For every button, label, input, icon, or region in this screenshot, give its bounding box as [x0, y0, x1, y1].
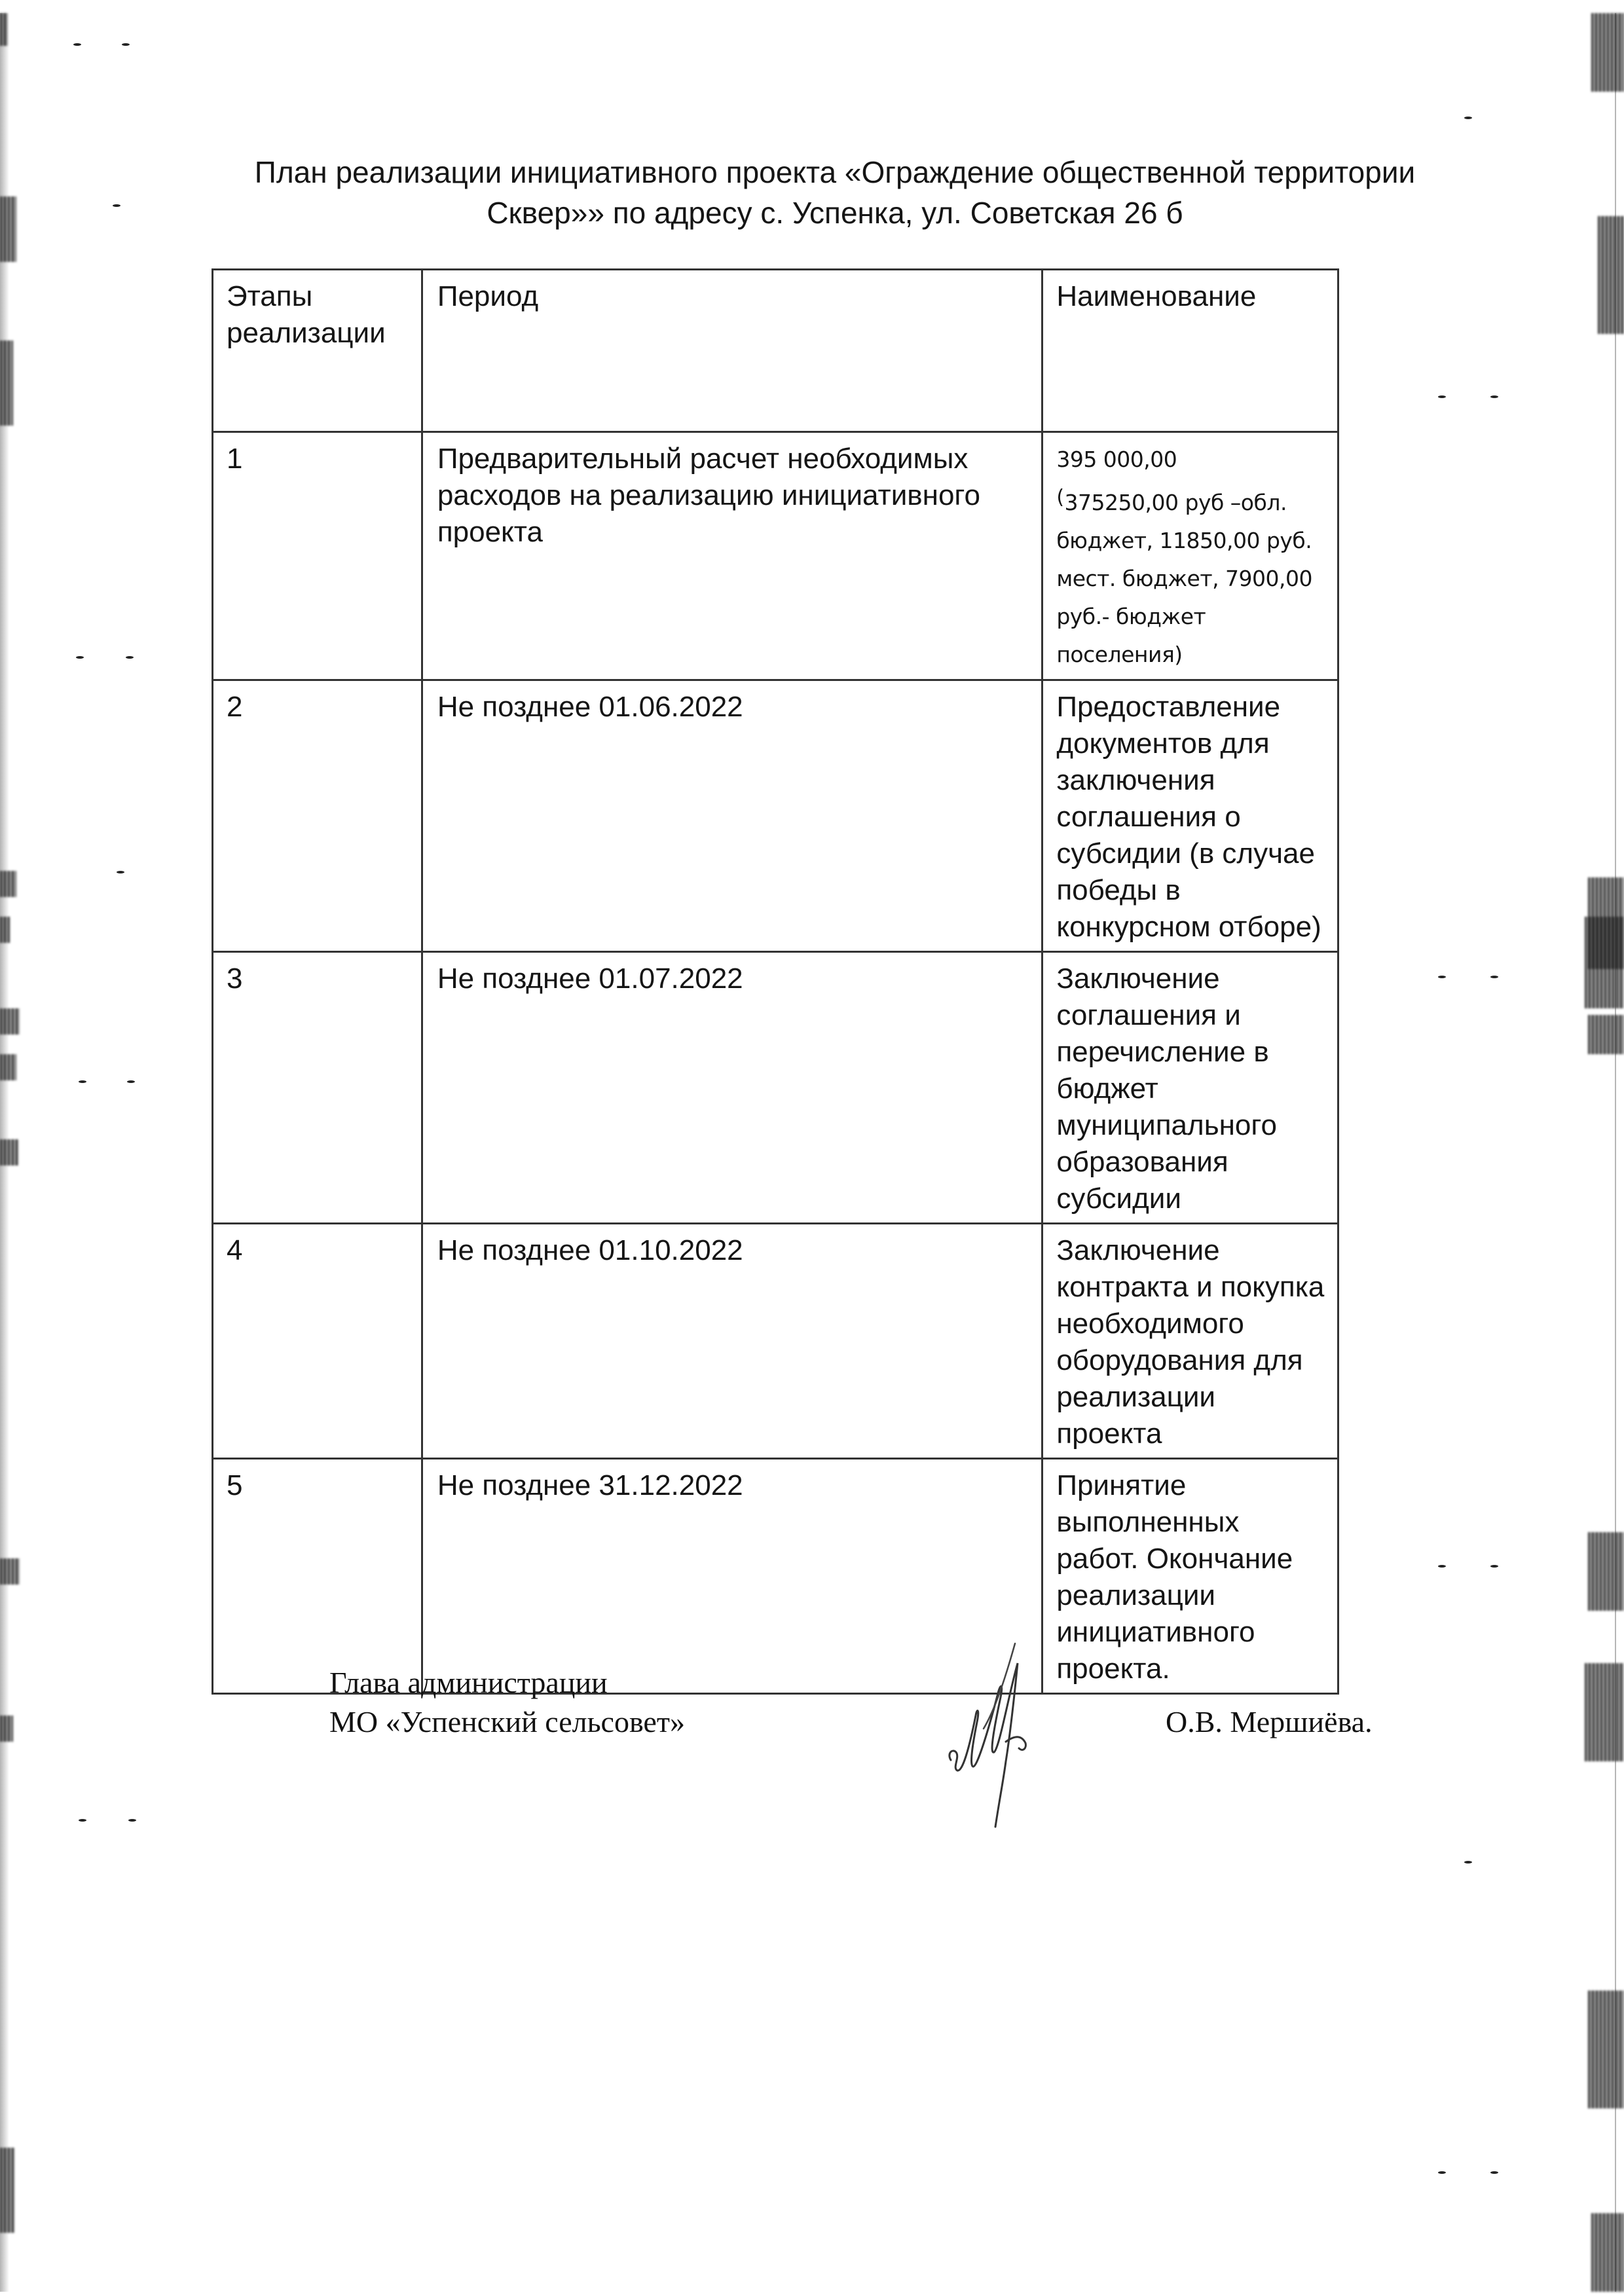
- position-line-2: МО «Успенский сельсовет»: [329, 1702, 685, 1742]
- scan-edge-right: [1615, 13, 1616, 2292]
- budget-open-paren: (: [1056, 486, 1063, 509]
- cell-stage: 2: [213, 680, 422, 952]
- cell-stage: 3: [213, 952, 422, 1224]
- position-line-1: Глава администрации: [329, 1663, 685, 1702]
- title-line-1: План реализации инициативного проекта «О…: [196, 152, 1473, 193]
- budget-total: 395 000,00: [1056, 441, 1328, 479]
- budget-breakdown: (375250,00 руб –обл. бюджет, 11850,00 ру…: [1056, 479, 1328, 674]
- cell-name: Предоставление документов для заключения…: [1043, 680, 1338, 952]
- header-period: Период: [422, 270, 1043, 432]
- scan-speck: [117, 871, 124, 873]
- scan-speck: [128, 1819, 136, 1822]
- scan-blot: [1588, 1532, 1624, 1611]
- header-stages: Этапы реализации: [213, 270, 422, 432]
- scan-speck: [73, 43, 81, 46]
- scan-speck: [1464, 1861, 1472, 1864]
- scan-blot: [0, 1054, 16, 1080]
- scan-blot: [0, 917, 10, 943]
- scan-blot: [0, 2148, 14, 2233]
- scan-speck: [113, 204, 120, 207]
- scan-speck: [1438, 2171, 1446, 2174]
- handwritten-signature-icon: [943, 1637, 1139, 1833]
- scan-speck: [79, 1819, 86, 1822]
- document-title: План реализации инициативного проекта «О…: [196, 152, 1473, 233]
- table-row: 4 Не позднее 01.10.2022 Заключение контр…: [213, 1224, 1338, 1459]
- cell-period: Не позднее 01.10.2022: [422, 1224, 1043, 1459]
- scan-speck: [1490, 2171, 1498, 2174]
- cell-period: Не позднее 01.06.2022: [422, 680, 1043, 952]
- scan-blot: [1598, 216, 1624, 334]
- cell-stage: 1: [213, 432, 422, 680]
- scan-blot: [1588, 1991, 1624, 2108]
- scan-speck: [127, 1080, 135, 1083]
- cell-period: Не позднее 01.07.2022: [422, 952, 1043, 1224]
- scan-speck: [1438, 976, 1446, 978]
- header-name: Наименование: [1043, 270, 1338, 432]
- scan-blot: [0, 871, 16, 897]
- table-row: 2 Не позднее 01.06.2022 Предоставление д…: [213, 680, 1338, 952]
- scan-speck: [1490, 1565, 1498, 1568]
- cell-name: Заключение контракта и покупка необходим…: [1043, 1224, 1338, 1459]
- scan-speck: [1438, 1565, 1446, 1568]
- scan-blot: [1585, 917, 1624, 1008]
- scan-speck: [1490, 976, 1498, 978]
- table-row: 1 Предварительный расчет необходимых рас…: [213, 432, 1338, 680]
- scan-speck: [1438, 395, 1446, 398]
- scan-speck: [126, 656, 134, 659]
- scan-speck: [1464, 117, 1472, 119]
- cell-stage: 5: [213, 1459, 422, 1694]
- scan-blot: [0, 1716, 13, 1742]
- scan-speck: [79, 1080, 86, 1083]
- signatory-name: О.В. Мершиёва.: [1166, 1702, 1373, 1742]
- scan-blot: [1588, 1015, 1624, 1054]
- cell-budget: 395 000,00 (375250,00 руб –обл. бюджет, …: [1043, 432, 1338, 680]
- cell-stage: 4: [213, 1224, 422, 1459]
- implementation-plan-table: Этапы реализации Период Наименование 1 П…: [212, 268, 1339, 1695]
- scan-speck: [76, 656, 84, 659]
- scan-blot: [0, 1558, 20, 1585]
- scan-blot: [0, 196, 16, 262]
- scan-blot: [1591, 2213, 1624, 2292]
- scan-speck: [1490, 395, 1498, 398]
- scan-blot: [1591, 13, 1624, 92]
- cell-period: Предварительный расчет необходимых расхо…: [422, 432, 1043, 680]
- scan-speck: [122, 43, 130, 46]
- budget-breakdown-text: 375250,00 руб –обл. бюджет, 11850,00 руб…: [1056, 490, 1312, 667]
- signatory-position: Глава администрации МО «Успенский сельсо…: [329, 1663, 685, 1742]
- table-header-row: Этапы реализации Период Наименование: [213, 270, 1338, 432]
- title-line-2: Сквер»» по адресу с. Успенка, ул. Советс…: [196, 193, 1473, 233]
- scan-blot: [1585, 1663, 1624, 1761]
- scan-blot: [0, 13, 8, 46]
- table-row: 3 Не позднее 01.07.2022 Заключение согла…: [213, 952, 1338, 1224]
- cell-name: Заключение соглашения и перечисление в б…: [1043, 952, 1338, 1224]
- scan-blot: [0, 340, 13, 426]
- scan-blot: [0, 1008, 20, 1035]
- table-row: 5 Не позднее 31.12.2022 Принятие выполне…: [213, 1459, 1338, 1694]
- scan-blot: [0, 1139, 18, 1166]
